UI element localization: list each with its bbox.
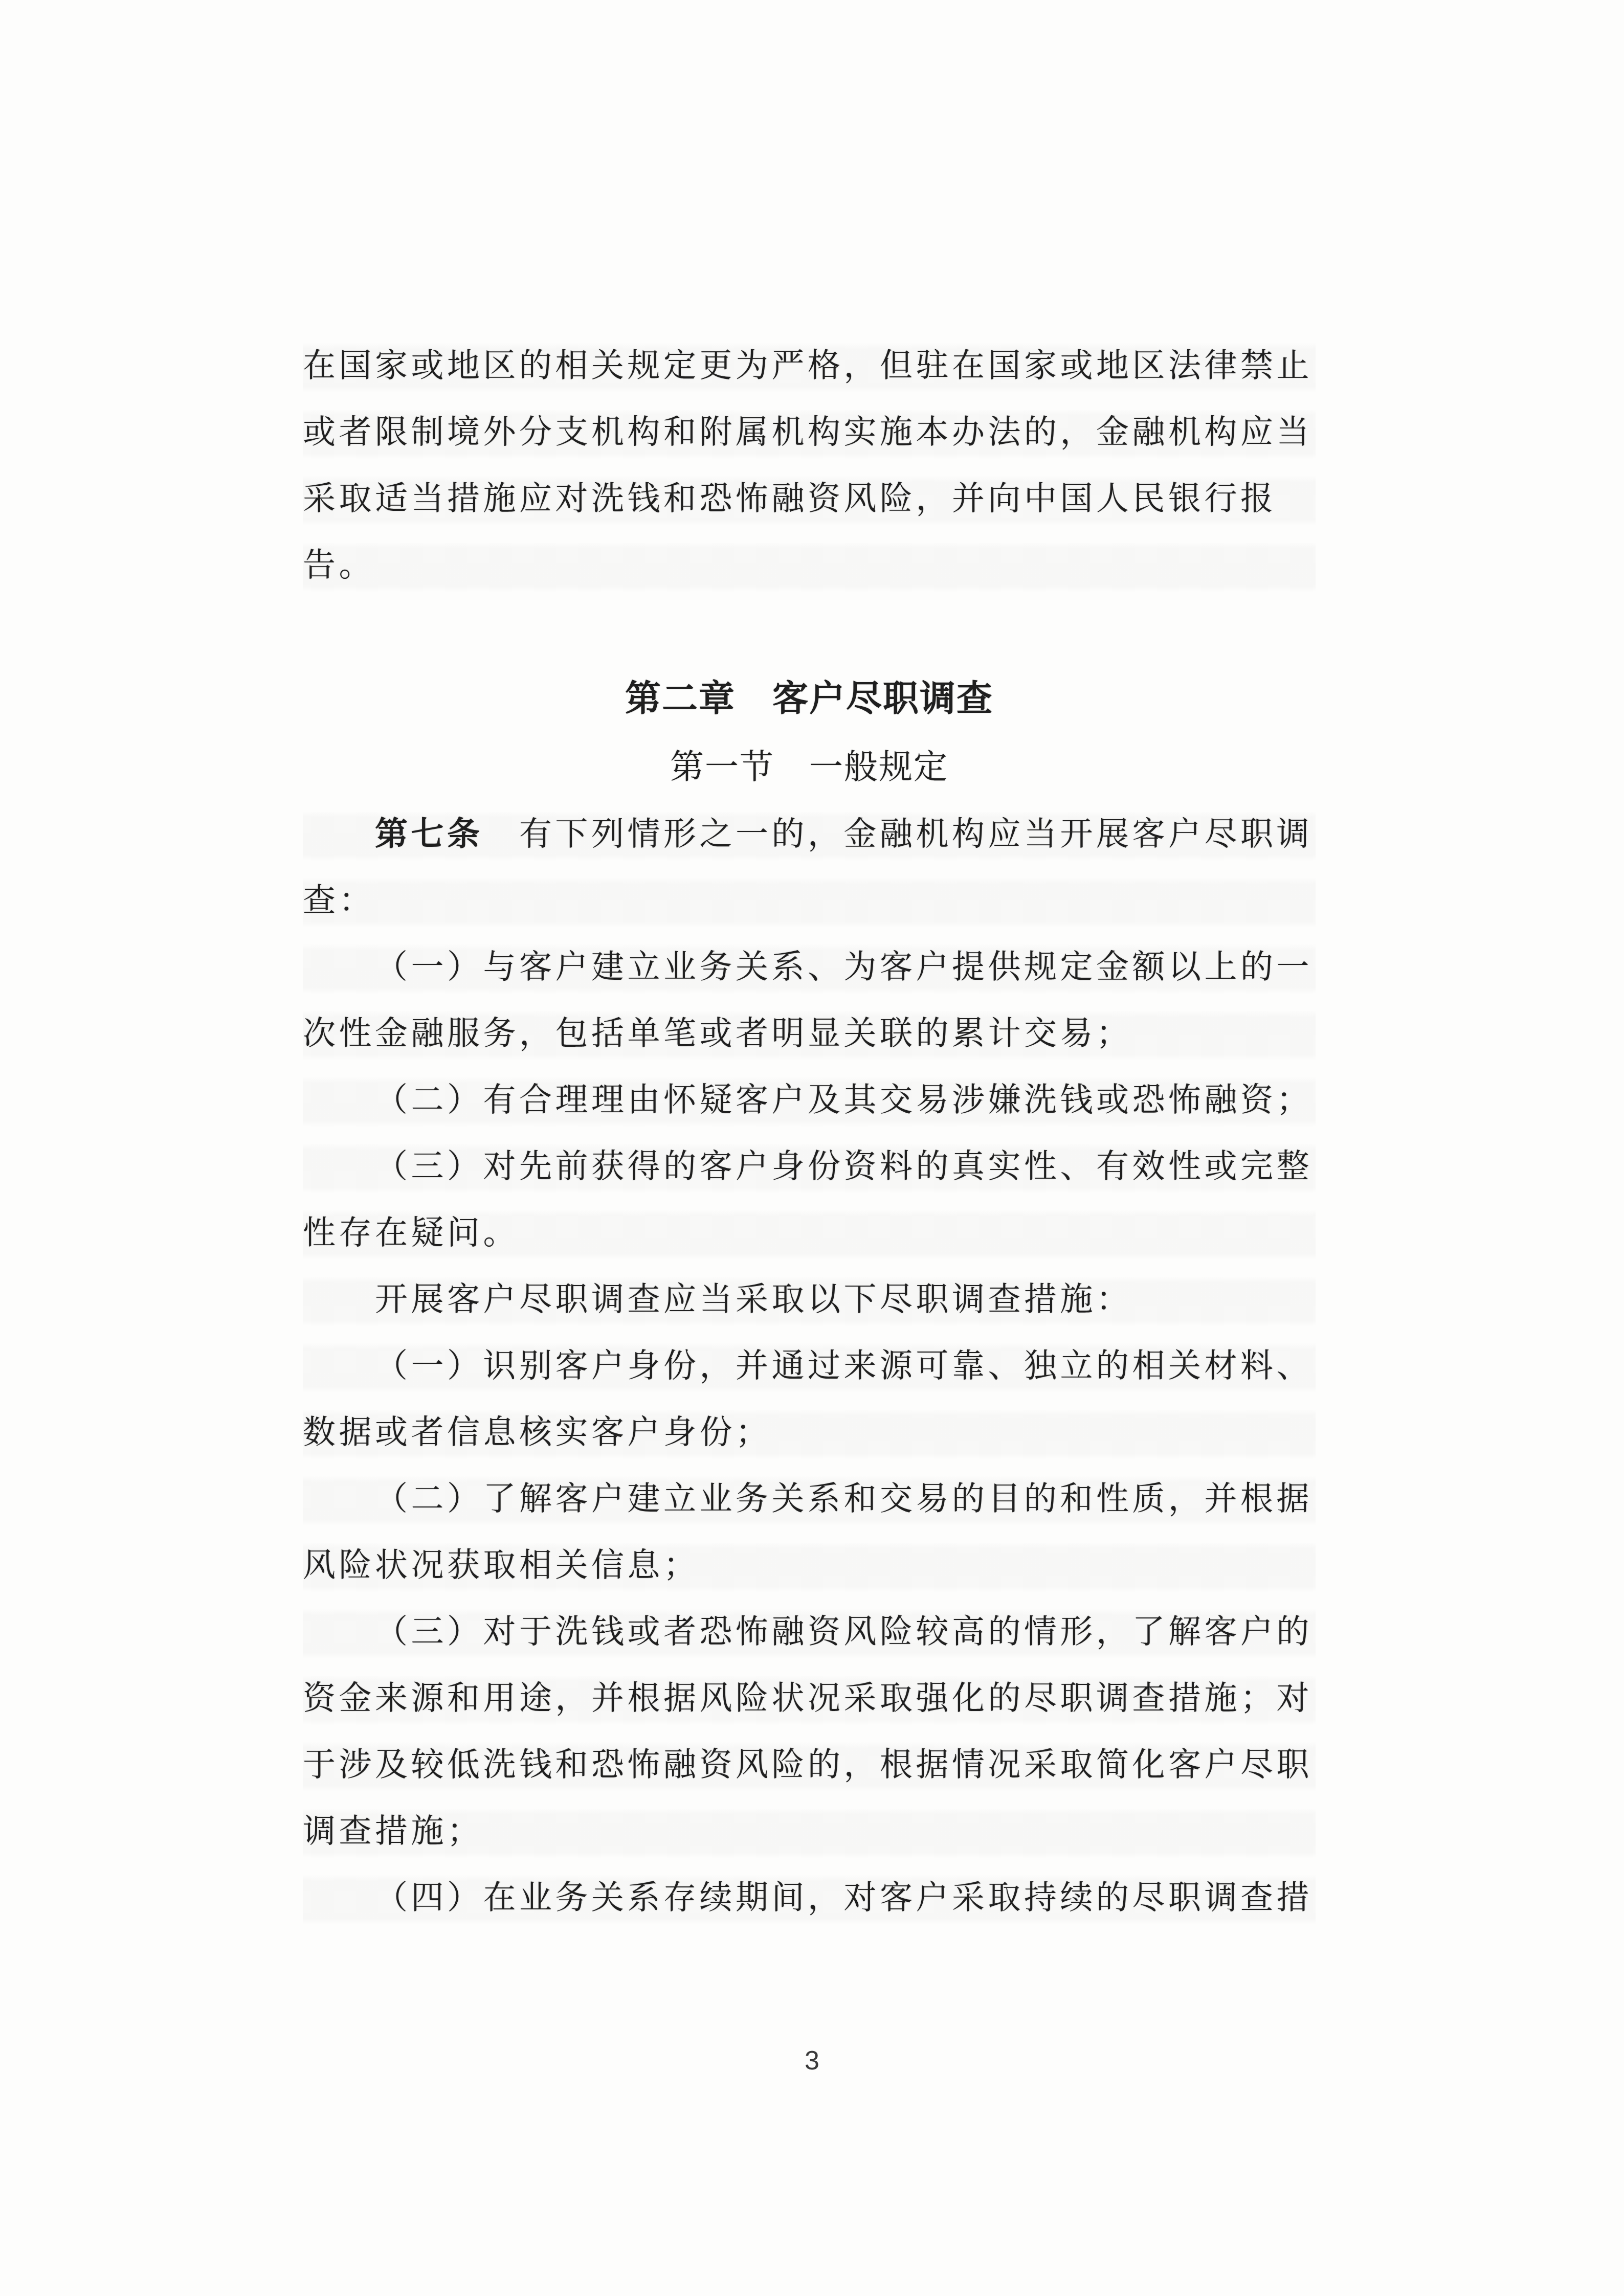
section-heading: 第一节 一般规定 xyxy=(303,734,1316,801)
text-line: 调查措施； xyxy=(303,1798,1316,1864)
text-line: （一）识别客户身份，并通过来源可靠、独立的相关材料、 xyxy=(303,1333,1316,1399)
text-line: 在国家或地区的相关规定更为严格，但驻在国家或地区法律禁止 xyxy=(303,332,1316,399)
article-number: 第七条 xyxy=(375,816,483,852)
page-number: 3 xyxy=(0,2045,1624,2076)
text-line: （二）有合理理由怀疑客户及其交易涉嫌洗钱或恐怖融资； xyxy=(303,1067,1316,1133)
text-line: 资金来源和用途，并根据风险状况采取强化的尽职调查措施；对 xyxy=(303,1665,1316,1731)
text-line: （二）了解客户建立业务关系和交易的目的和性质，并根据 xyxy=(303,1466,1316,1532)
text-line: 风险状况获取相关信息； xyxy=(303,1532,1316,1599)
text-line: 查： xyxy=(303,867,1316,934)
text-line: 于涉及较低洗钱和恐怖融资风险的，根据情况采取简化客户尽职 xyxy=(303,1731,1316,1798)
chapter-heading: 第二章 客户尽职调查 xyxy=(303,665,1316,734)
text-line: （三）对于洗钱或者恐怖融资风险较高的情形，了解客户的 xyxy=(303,1599,1316,1665)
text-line: 告。 xyxy=(303,532,1316,598)
text-line: （一）与客户建立业务关系、为客户提供规定金额以上的一 xyxy=(303,934,1316,1000)
document-page: 在国家或地区的相关规定更为严格，但驻在国家或地区法律禁止或者限制境外分支机构和附… xyxy=(0,0,1624,2296)
continuation-paragraph: 在国家或地区的相关规定更为严格，但驻在国家或地区法律禁止或者限制境外分支机构和附… xyxy=(303,332,1316,598)
article-body: 第七条 有下列情形之一的，金融机构应当开展客户尽职调查：（一）与客户建立业务关系… xyxy=(303,801,1316,1931)
text-line: （三）对先前获得的客户身份资料的真实性、有效性或完整 xyxy=(303,1133,1316,1200)
text-line: 采取适当措施应对洗钱和恐怖融资风险，并向中国人民银行报 xyxy=(303,465,1316,532)
text-line: 或者限制境外分支机构和附属机构实施本办法的，金融机构应当 xyxy=(303,399,1316,465)
text-line: 数据或者信息核实客户身份； xyxy=(303,1399,1316,1466)
text-line: 第七条 有下列情形之一的，金融机构应当开展客户尽职调 xyxy=(303,801,1316,867)
page-content: 在国家或地区的相关规定更为严格，但驻在国家或地区法律禁止或者限制境外分支机构和附… xyxy=(303,332,1316,1931)
text-line: 性存在疑问。 xyxy=(303,1200,1316,1266)
text-line: 次性金融服务，包括单笔或者明显关联的累计交易； xyxy=(303,1000,1316,1067)
text-line: 开展客户尽职调查应当采取以下尽职调查措施： xyxy=(303,1266,1316,1333)
text-line: （四）在业务关系存续期间，对客户采取持续的尽职调查措 xyxy=(303,1864,1316,1931)
